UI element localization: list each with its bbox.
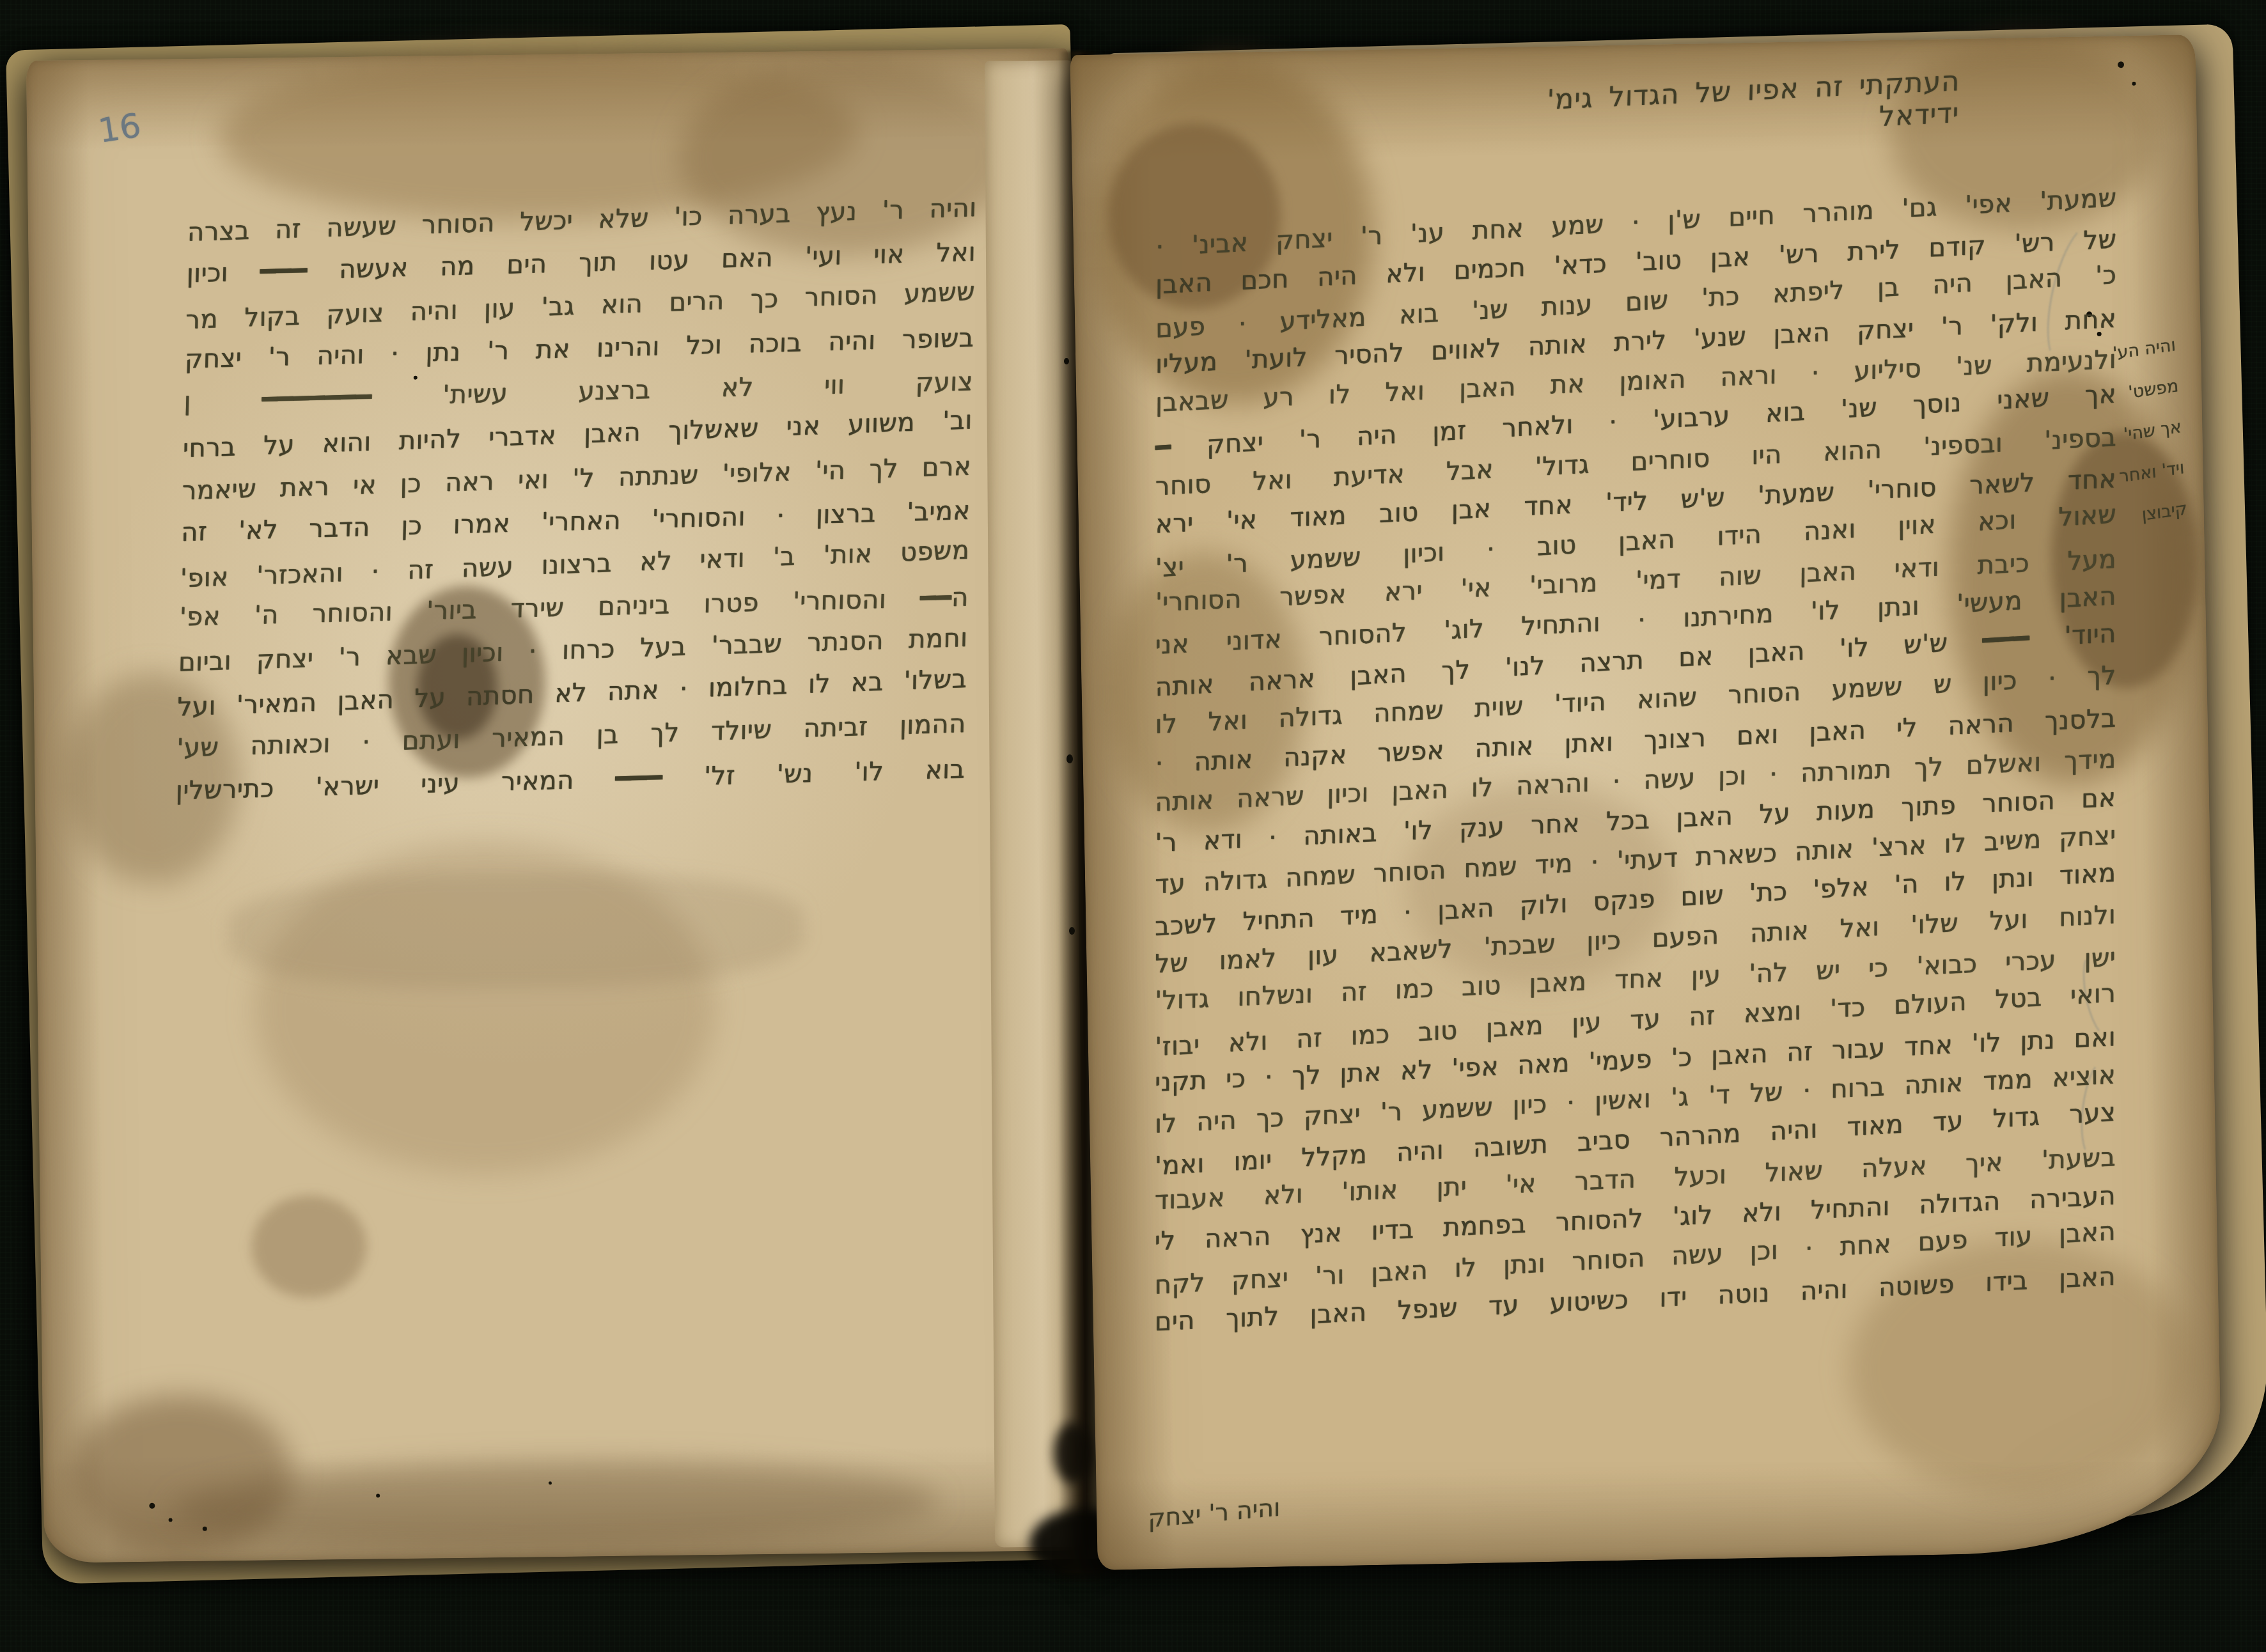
ink-speck [2118,61,2124,68]
ink-speck [2132,82,2136,86]
crease-ink-blob [1054,1422,1092,1483]
ink-speck [149,1503,155,1509]
ink-speck [549,1481,552,1484]
right-text-block: שמעת' אפי' גם' מוהרר חיים ש'ן · שמע אחת … [1155,178,2117,1344]
bleed-through [228,869,804,992]
stain [251,1195,367,1298]
left-page: 16 והיה ר' נעץ בערה כו' שלא יכשל הסוחר ש… [26,48,1087,1563]
catchword: והיה ר' יצחק [1148,1493,1281,1532]
page-header: העתקתי זה אפיו של הגדול גימ' ידידאל [1467,65,1960,152]
ink-speck [1069,927,1075,935]
margin-note: והיה הע'מפשט'אך שהי'ויד' ואחרקיבוצן [2054,325,2189,547]
ink-speck [1064,358,1069,364]
ink-speck [169,1518,173,1522]
manuscript-photo: 16 והיה ר' נעץ בערה כו' שלא יכשל הסוחר ש… [0,0,2266,1652]
folio-number: 16 [96,107,143,151]
left-text-block: והיה ר' נעץ בערה כו' שלא יכשל הסוחר שעשה… [175,187,977,814]
ink-speck [203,1527,207,1531]
right-page: העתקתי זה אפיו של הגדול גימ' ידידאל שמעת… [1070,35,2223,1570]
ink-speck [1067,754,1073,763]
ink-speck [376,1493,380,1497]
